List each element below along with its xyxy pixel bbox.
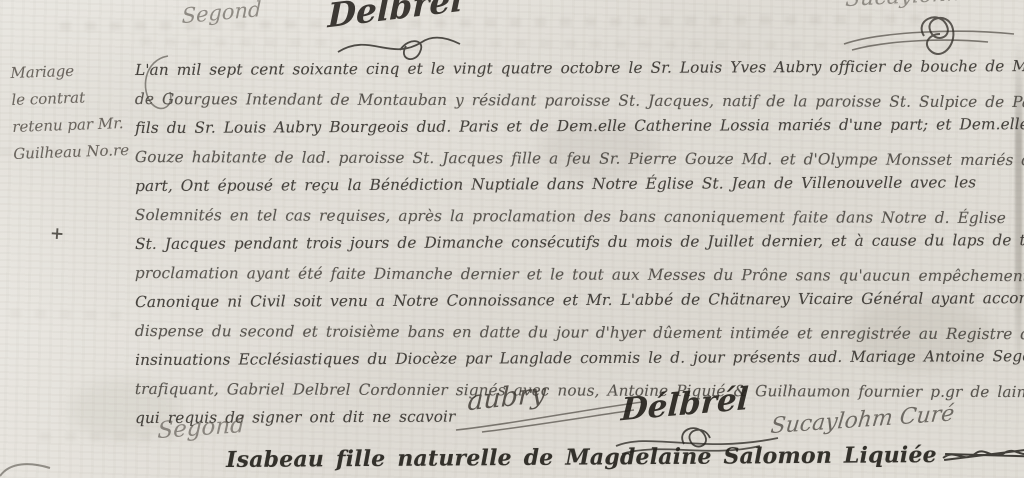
signature-segond-top: Segond	[182, 0, 262, 28]
act-line: L'an mil sept cent soixante cinq et le v…	[135, 52, 1024, 85]
act-line: Canonique ni Civil soit venu a Notre Con…	[135, 284, 1024, 317]
signature-segond-bottom: Segond	[157, 412, 245, 444]
margin-note-line: Guilheau No.re	[13, 137, 130, 168]
margin-cross-mark: +	[49, 224, 65, 245]
act-line: insinuations Ecclésiastiques du Diocèze …	[135, 342, 1024, 375]
scribbled-out-word	[941, 443, 1024, 466]
next-act-partial-line: Isabeau fille naturelle de Magdelaine Sa…	[226, 440, 1024, 473]
signature-top-right-partial: Sucaylohm	[845, 0, 969, 12]
signature-delbrel-top: Delbrél	[327, 0, 463, 35]
act-line: St. Jacques pendant trois jours de Diman…	[135, 226, 1024, 259]
margin-note: Mariage le contrat retenu par Mr. Guilhe…	[10, 56, 130, 168]
act-line: part, Ont épousé et reçu la Bénédiction …	[135, 168, 1024, 201]
manuscript-page: { "margin_note": { "lines": ["Mariage", …	[0, 0, 1024, 478]
marriage-act-text: L'an mil sept cent soixante cinq et le v…	[135, 56, 1024, 433]
margin-note-line: retenu par Mr.	[12, 110, 129, 141]
margin-note-line: Mariage	[10, 56, 127, 87]
bleed-through-texture	[140, 38, 980, 50]
margin-note-line: le contrat	[11, 83, 128, 114]
bleed-through-texture	[10, 309, 130, 320]
margin-partial-stroke	[0, 458, 56, 478]
next-act-text-start: Isabeau fille naturelle de Magdelaine Sa…	[226, 442, 937, 473]
act-line: fils du Sr. Louis Aubry Bourgeois dud. P…	[135, 110, 1024, 143]
